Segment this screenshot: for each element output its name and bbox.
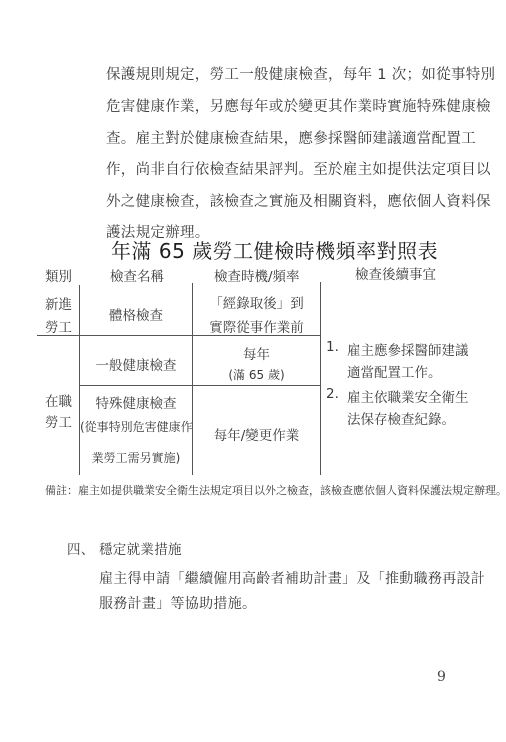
header-category: 類別 xyxy=(45,265,72,285)
list-number: 2. xyxy=(326,386,339,402)
section-number: 四、 xyxy=(67,538,95,558)
table-title: 年滿 65 歲勞工健檢時機頻率對照表 xyxy=(111,235,438,264)
paragraph-line: 保護規則規定，勞工一般健康檢查，每年 1 次；如從事特別 xyxy=(106,63,495,84)
header-timing: 檢查時機/頻率 xyxy=(214,265,300,285)
timing-cell: 每年/變更作業 xyxy=(193,424,320,444)
paragraph-line: 查。雇主對於健康檢查結果，應參採醫師建議適當配置工 xyxy=(106,127,476,148)
exam-name-cell: 業勞工需另實施) xyxy=(80,449,192,466)
table-divider xyxy=(80,385,321,386)
timing-cell: 實際從事作業前 xyxy=(193,316,320,336)
list-item: 雇主應參採醫師建議 xyxy=(347,339,469,359)
exam-name-cell: 特殊健康檢查 xyxy=(80,392,192,412)
timing-cell: (滿 65 歲) xyxy=(193,366,320,383)
table-note: 備註：雇主如提供職業安全衛生法規定項目以外之檢查，該檢查應依個人資料保護法規定辦… xyxy=(45,482,506,498)
list-item: 適當配置工作。 xyxy=(347,361,442,381)
timing-cell: 每年 xyxy=(193,343,320,363)
category-cell: 新進 xyxy=(45,293,72,313)
list-number: 1. xyxy=(326,339,339,355)
timing-cell: 「經錄取後」到 xyxy=(193,292,320,312)
table-divider xyxy=(320,282,321,475)
paragraph-line: 外之健康檢查，該檢查之實施及相關資料，應依個人資料保 xyxy=(106,190,491,211)
paragraph-line: 危害健康作業，另應每年或於變更其作業時實施特殊健康檢 xyxy=(106,95,491,116)
list-item: 法保存檢查紀錄。 xyxy=(347,408,455,428)
paragraph-line: 雇主得申請「繼續僱用高齡者補助計畫」及「推動職務再設計 xyxy=(99,568,485,588)
header-follow-up: 檢查後續事宜 xyxy=(355,263,436,283)
paragraph-line: 服務計畫」等協助措施。 xyxy=(99,593,256,613)
header-exam-name: 檢查名稱 xyxy=(110,265,164,285)
section-heading: 穩定就業措施 xyxy=(99,538,182,558)
exam-name-cell: 一般健康檢查 xyxy=(80,354,192,374)
page-number: 9 xyxy=(437,669,446,685)
paragraph-line: 作，尚非自行依檢查結果評判。至於雇主如提供法定項目以 xyxy=(106,158,491,179)
exam-name-cell: (從事特別危害健康作 xyxy=(80,418,192,435)
category-cell: 在職 xyxy=(45,390,72,410)
category-cell: 勞工 xyxy=(45,316,72,336)
category-cell: 勞工 xyxy=(45,411,72,431)
exam-name-cell: 體格檢查 xyxy=(80,304,192,324)
list-item: 雇主依職業安全衛生 xyxy=(347,386,469,406)
